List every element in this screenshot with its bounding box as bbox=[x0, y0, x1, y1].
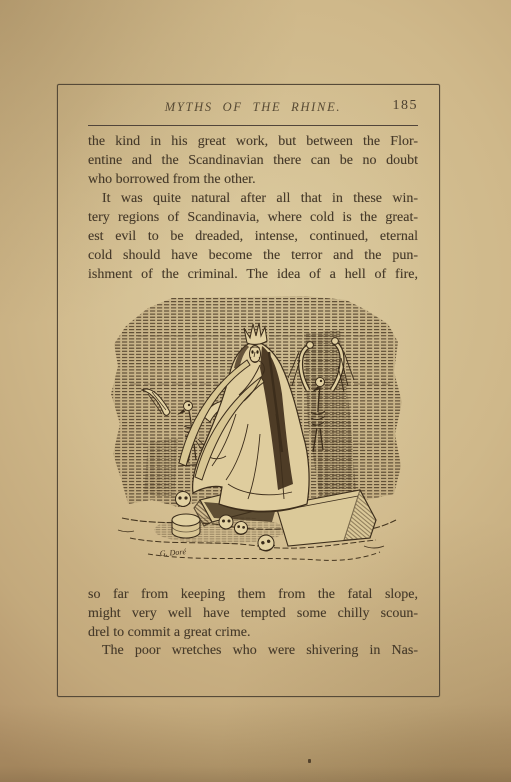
text-line: The poor wretches who were shivering in … bbox=[88, 641, 418, 660]
header-title: MYTHS OF THE RHINE. bbox=[165, 100, 341, 114]
skull bbox=[219, 515, 233, 529]
text-line: might very well have tempted some chilly… bbox=[88, 604, 418, 623]
header-rule bbox=[88, 125, 418, 126]
engraving-illustration: G. Doré bbox=[108, 294, 410, 567]
hel-engraving-svg: G. Doré bbox=[108, 294, 410, 567]
text-line: It was quite natural after all that in t… bbox=[88, 189, 418, 208]
engraver-signature: G. Doré bbox=[160, 547, 187, 558]
text-line: who borrowed from the other. bbox=[88, 170, 418, 189]
paragraph-3: so far from keeping them from the fatal … bbox=[88, 585, 418, 642]
paragraph-4: The poor wretches who were shivering in … bbox=[88, 641, 418, 660]
running-header: MYTHS OF THE RHINE. 185 bbox=[88, 98, 418, 116]
scanned-book-page: MYTHS OF THE RHINE. 185 the kind in his … bbox=[0, 0, 511, 782]
text-line: ishment of the criminal. The idea of a h… bbox=[88, 265, 418, 284]
page-number: 185 bbox=[393, 98, 419, 114]
text-line: so far from keeping them from the fatal … bbox=[88, 585, 418, 604]
paragraph-1: the kind in his great work, but between … bbox=[88, 132, 418, 189]
text-line: tery regions of Scandinavia, where cold … bbox=[88, 208, 418, 227]
text-line: cold should have become the terror and t… bbox=[88, 246, 418, 265]
text-line: drel to commit a great crime. bbox=[88, 623, 418, 642]
text-line: the kind in his great work, but between … bbox=[88, 132, 418, 151]
text-line: entine and the Scandinavian there can be… bbox=[88, 151, 418, 170]
skull bbox=[176, 492, 191, 507]
text-line: est evil to be dreaded, intense, continu… bbox=[88, 227, 418, 246]
page-frame: MYTHS OF THE RHINE. 185 the kind in his … bbox=[57, 84, 440, 697]
paper-speck bbox=[308, 759, 311, 763]
paragraph-2: It was quite natural after all that in t… bbox=[88, 189, 418, 284]
